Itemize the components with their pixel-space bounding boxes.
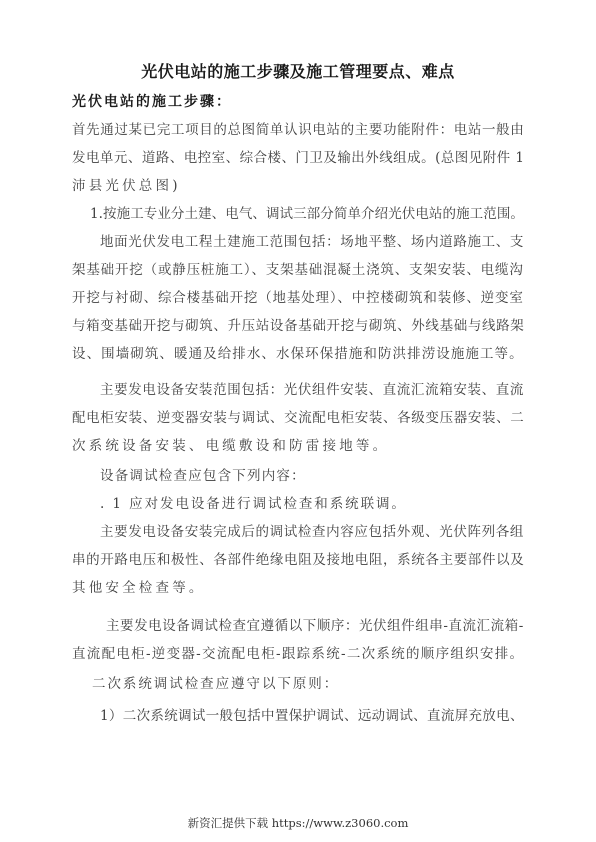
body-text-line: 与箱变基础开挖与砌筑、升压站设备基础开挖与砌筑、外线基础与线路架 xyxy=(72,317,524,335)
body-text-line: 次系统设备安装、电缆敷设和防雷接地等。 xyxy=(72,437,524,455)
body-text-line: 主要发电设备安装完成后的调试检查内容应包括外观、光伏阵列各组 xyxy=(100,523,552,541)
body-text-line: 地面光伏发电工程土建施工范围包括：场地平整、场内道路施工、支 xyxy=(100,233,552,251)
body-text-line: 1）二次系统调试一般包括中置保护调试、远动调试、直流屏充放电、 xyxy=(100,707,552,725)
footer-download-link[interactable]: 新资汇提供下载 https://www.z3060.com xyxy=(0,815,596,831)
body-text-line: 沛县光伏总图) xyxy=(72,177,524,195)
body-text-line: 设备调试检查应包含下列内容： xyxy=(100,467,552,485)
body-text-line: 发电单元、道路、电控室、综合楼、门卫及输出外线组成。(总图见附件 1 xyxy=(72,149,524,167)
body-text-line: 设、围墙砌筑、暖通及给排水、水保环保措施和防洪排涝设施施工等。 xyxy=(72,345,524,363)
body-text-line: 直流配电柜-逆变器-交流配电柜-跟踪系统-二次系统的顺序组织安排。 xyxy=(72,645,524,663)
body-text-line: 首先通过某已完工项目的总图简单认识电站的主要功能附件：电站一般由 xyxy=(72,121,524,139)
body-text-line: 二次系统调试检查应遵守以下原则： xyxy=(92,675,544,693)
document-page: 光伏电站的施工步骤及施工管理要点、难点 光伏电站的施工步骤： 首先通过某已完工项… xyxy=(0,0,596,842)
body-text-line: 主要发电设备安装范围包括：光伏组件安装、直流汇流箱安装、直流 xyxy=(100,381,552,399)
section-heading: 光伏电站的施工步骤： xyxy=(72,91,232,111)
body-text-line: 主要发电设备调试检查宜遵循以下顺序：光伏组件组串-直流汇流箱- xyxy=(106,617,558,635)
body-text-line: 开挖与衬砌、综合楼基础开挖（地基处理）、中控楼砌筑和装修、逆变室 xyxy=(72,289,524,307)
body-text-line: 1.按施工专业分土建、电气、调试三部分简单介绍光伏电站的施工范围。 xyxy=(90,205,542,223)
body-text-line: 配电柜安装、逆变器安装与调试、交流配电柜安装、各级变压器安装、二 xyxy=(72,409,524,427)
document-title: 光伏电站的施工步骤及施工管理要点、难点 xyxy=(0,59,596,82)
body-text-line: 其他安全检查等。 xyxy=(72,579,524,597)
body-text-line: 架基础开挖（或静压桩施工）、支架基础混凝土浇筑、支架安装、电缆沟 xyxy=(72,261,524,279)
body-text-line: . 1 应对发电设备进行调试检查和系统联调。 xyxy=(100,495,552,513)
body-text-line: 串的开路电压和极性、各部件绝缘电阻及接地电阻，系统各主要部件以及 xyxy=(72,551,524,569)
